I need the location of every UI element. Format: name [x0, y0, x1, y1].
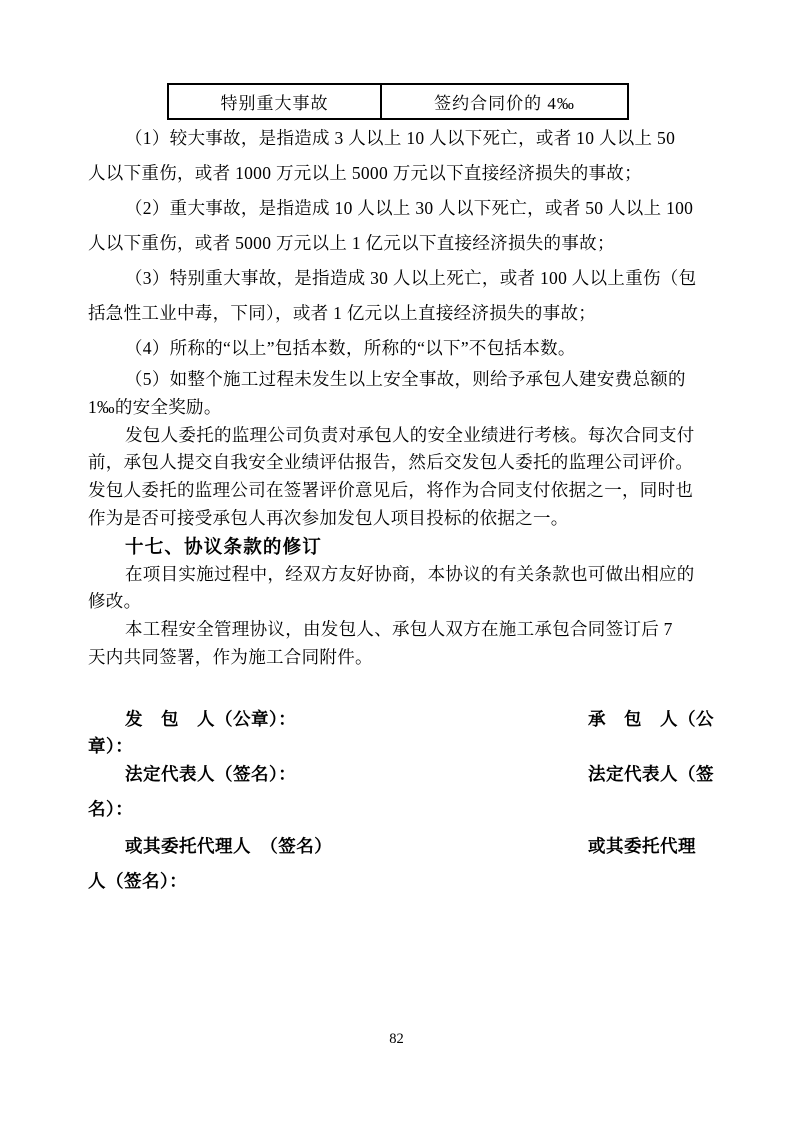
text-line: 在项目实施过程中，经双方友好协商，本协议的有关条款也可做出相应的: [88, 561, 738, 589]
text-line: 1‰的安全奖励。: [88, 394, 738, 422]
employer-agent-label: 或其委托代理人 （签名）: [125, 833, 332, 858]
signature-line: 名）：: [0, 796, 793, 820]
text-line: 本工程安全管理协议，由发包人、承包人双方在施工承包合同签订后 7: [88, 616, 738, 644]
signature-line: 或其委托代理人 （签名） 或其委托代理: [0, 833, 793, 857]
text-line: （3）特别重大事故，是指造成 30 人以上死亡，或者 100 人以上重伤（包: [88, 261, 738, 296]
table-cell-accident-level: 特别重大事故: [169, 85, 382, 118]
employer-representative-label: 法定代表人（签名）：: [125, 761, 296, 786]
page-number: 82: [0, 1031, 793, 1048]
contractor-seal-label: 承 包 人（公: [588, 706, 714, 731]
text-line: 人以下重伤，或者 1000 万元以上 5000 万元以下直接经济损失的事故；: [88, 156, 738, 191]
section-heading: 十七、协议条款的修订: [88, 533, 738, 561]
contractor-agent-label-wrap: 人（签名）：: [88, 868, 187, 893]
text-line: 天内共同签署，作为施工合同附件。: [88, 644, 738, 672]
text-line: （4）所称的“以上”包括本数，所称的“以下”不包括本数。: [88, 331, 738, 366]
contractor-representative-label: 法定代表人（签: [588, 761, 714, 786]
text-line: （1）较大事故，是指造成 3 人以上 10 人以下死亡，或者 10 人以上 50: [88, 121, 738, 156]
body-text-block-accident-definitions: （1）较大事故，是指造成 3 人以上 10 人以下死亡，或者 10 人以上 50…: [88, 121, 738, 366]
text-line: 发包人委托的监理公司负责对承包人的安全业绩进行考核。每次合同支付: [88, 422, 738, 450]
contractor-seal-label-wrap: 章）：: [88, 733, 133, 758]
signature-line: 章）：: [0, 733, 793, 757]
text-line: 人以下重伤，或者 5000 万元以上 1 亿元以下直接经济损失的事故；: [88, 226, 738, 261]
body-text-block-assessment-and-revision: （5）如整个施工过程未发生以上安全事故，则给予承包人建安费总额的1‰的安全奖励。…: [88, 366, 738, 672]
signature-line: 人（签名）：: [0, 868, 793, 892]
signature-line: 法定代表人（签名）： 法定代表人（签: [0, 761, 793, 785]
table-cell-penalty-rate: 签约合同价的 4‰: [382, 85, 627, 118]
text-line: 前，承包人提交自我安全业绩评估报告，然后交发包人委托的监理公司评价。: [88, 449, 738, 477]
contractor-representative-label-wrap: 名）：: [88, 796, 133, 821]
text-line: （2）重大事故，是指造成 10 人以上 30 人以下死亡，或者 50 人以上 1…: [88, 191, 738, 226]
text-line: 发包人委托的监理公司在签署评价意见后，将作为合同支付依据之一，同时也: [88, 477, 738, 505]
text-line: 修改。: [88, 588, 738, 616]
penalty-table: 特别重大事故 签约合同价的 4‰: [167, 83, 629, 120]
text-line: 作为是否可接受承包人再次参加发包人项目投标的依据之一。: [88, 505, 738, 533]
text-line: 括急性工业中毒，下同），或者 1 亿元以上直接经济损失的事故；: [88, 296, 738, 331]
text-line: （5）如整个施工过程未发生以上安全事故，则给予承包人建安费总额的: [88, 366, 738, 394]
document-page: 特别重大事故 签约合同价的 4‰ （1）较大事故，是指造成 3 人以上 10 人…: [0, 0, 793, 1122]
signature-line: 发 包 人（公章）： 承 包 人（公: [0, 706, 793, 730]
employer-seal-label: 发 包 人（公章）：: [125, 706, 296, 731]
contractor-agent-label: 或其委托代理: [588, 833, 696, 858]
